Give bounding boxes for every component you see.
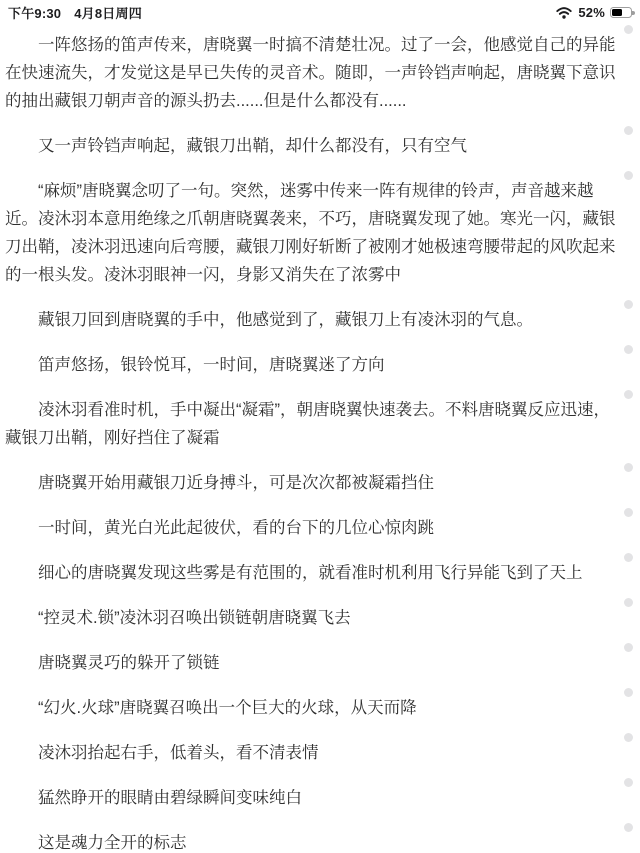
paragraph-text: “控灵术.锁”凌沐羽召唤出锁链朝唐晓翼飞去 (38, 609, 351, 627)
paragraph-comment-dot[interactable] (624, 643, 633, 652)
status-right: 52% (556, 5, 632, 20)
paragraph: “控灵术.锁”凌沐羽召唤出锁链朝唐晓翼飞去 (5, 604, 620, 632)
paragraph-comment-dot[interactable] (624, 823, 633, 832)
paragraph-comment-dot[interactable] (624, 778, 633, 787)
paragraph-text: 一阵悠扬的笛声传来，唐晓翼一时搞不清楚壮况。过了一会，他感觉自己的异能在快速流失… (5, 36, 616, 110)
paragraph: “麻烦”唐晓翼念叨了一句。突然，迷雾中传来一阵有规律的铃声，声音越来越近。凌沐羽… (5, 177, 620, 289)
paragraph-comment-dot[interactable] (624, 553, 633, 562)
paragraph: 这是魂力全开的标志 (5, 829, 620, 853)
paragraph: 笛声悠扬，银铃悦耳，一时间，唐晓翼迷了方向 (5, 351, 620, 379)
paragraph-comment-dot[interactable] (624, 345, 633, 354)
paragraph: 唐晓翼开始用藏银刀近身搏斗，可是次次都被凝霜挡住 (5, 469, 620, 497)
paragraph-comment-dot[interactable] (624, 126, 633, 135)
paragraph-comment-dot[interactable] (624, 733, 633, 742)
paragraph-comment-dot[interactable] (624, 463, 633, 472)
paragraph-text: 唐晓翼灵巧的躲开了锁链 (38, 654, 220, 672)
paragraph: 凌沐羽抬起右手，低着头，看不清表情 (5, 739, 620, 767)
paragraph-text: 笛声悠扬，银铃悦耳，一时间，唐晓翼迷了方向 (38, 356, 385, 374)
paragraph-text: 唐晓翼开始用藏银刀近身搏斗，可是次次都被凝霜挡住 (38, 474, 434, 492)
paragraph-comment-dot[interactable] (624, 508, 633, 517)
battery-percent: 52% (578, 5, 605, 20)
status-left: 下午9:30 4月8日周四 (8, 3, 142, 22)
battery-nub (632, 11, 635, 15)
paragraph: 藏银刀回到唐晓翼的手中，他感觉到了，藏银刀上有凌沐羽的气息。 (5, 306, 620, 334)
paragraph-comment-dot[interactable] (624, 25, 633, 34)
paragraph-comment-dot[interactable] (624, 598, 633, 607)
paragraph: 一时间，黄光白光此起彼伏，看的台下的几位心惊肉跳 (5, 514, 620, 542)
paragraph-text: 藏银刀回到唐晓翼的手中，他感觉到了，藏银刀上有凌沐羽的气息。 (38, 311, 533, 329)
paragraph-comment-dot[interactable] (624, 390, 633, 399)
status-date: 4月8日周四 (74, 3, 142, 22)
paragraph: 又一声铃铛声响起，藏银刀出鞘，却什么都没有，只有空气 (5, 132, 620, 160)
battery-fill (612, 9, 622, 16)
paragraph-text: “幻火.火球”唐晓翼召唤出一个巨大的火球，从天而降 (38, 699, 417, 717)
story-text-area[interactable]: 一阵悠扬的笛声传来，唐晓翼一时搞不清楚壮况。过了一会，他感觉自己的异能在快速流失… (0, 22, 640, 853)
paragraph: “幻火.火球”唐晓翼召唤出一个巨大的火球，从天而降 (5, 694, 620, 722)
paragraph-text: 凌沐羽抬起右手，低着头，看不清表情 (38, 744, 319, 762)
paragraph: 一阵悠扬的笛声传来，唐晓翼一时搞不清楚壮况。过了一会，他感觉自己的异能在快速流失… (5, 31, 620, 115)
paragraph-text: 凌沐羽看准时机，手中凝出“凝霜”，朝唐晓翼快速袭去。不料唐晓翼反应迅速，藏银刀出… (5, 401, 610, 447)
status-bar: 下午9:30 4月8日周四 52% (0, 0, 640, 22)
wifi-icon (556, 7, 572, 19)
paragraph-comment-dot[interactable] (624, 688, 633, 697)
paragraph-text: 猛然睁开的眼睛由碧绿瞬间变味纯白 (38, 789, 302, 807)
paragraph-text: 又一声铃铛声响起，藏银刀出鞘，却什么都没有，只有空气 (38, 137, 467, 155)
paragraph: 细心的唐晓翼发现这些雾是有范围的，就看准时机利用飞行异能飞到了天上 (5, 559, 620, 587)
paragraph-comment-dot[interactable] (624, 300, 633, 309)
paragraph-text: “麻烦”唐晓翼念叨了一句。突然，迷雾中传来一阵有规律的铃声，声音越来越近。凌沐羽… (5, 182, 616, 284)
paragraph-text: 一时间，黄光白光此起彼伏，看的台下的几位心惊肉跳 (38, 519, 434, 537)
paragraph: 猛然睁开的眼睛由碧绿瞬间变味纯白 (5, 784, 620, 812)
paragraph-text: 细心的唐晓翼发现这些雾是有范围的，就看准时机利用飞行异能飞到了天上 (38, 564, 583, 582)
battery-icon (610, 7, 632, 18)
status-time: 下午9:30 (8, 3, 61, 22)
paragraph: 唐晓翼灵巧的躲开了锁链 (5, 649, 620, 677)
paragraph-comment-dot[interactable] (624, 171, 633, 180)
paragraph: 凌沐羽看准时机，手中凝出“凝霜”，朝唐晓翼快速袭去。不料唐晓翼反应迅速，藏银刀出… (5, 396, 620, 452)
paragraph-text: 这是魂力全开的标志 (38, 834, 187, 852)
